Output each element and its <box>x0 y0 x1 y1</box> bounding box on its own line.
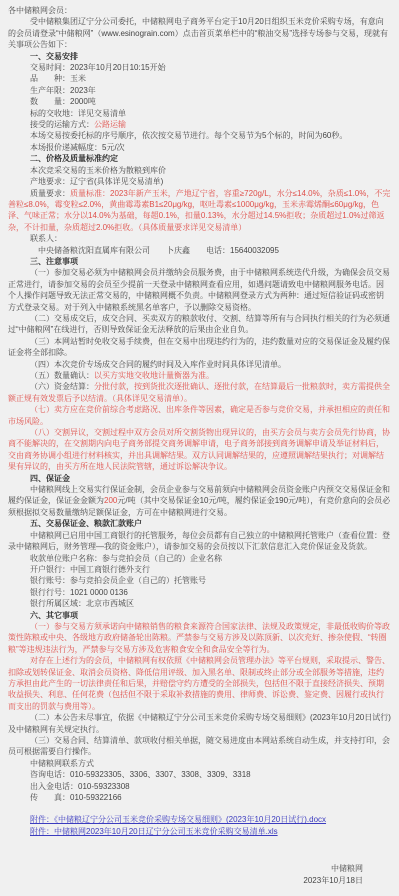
quality-paragraph: 质量要求：质量标准：2023年新产玉米，产地辽宁省，容重≥720g/L，水分≤1… <box>8 188 391 234</box>
signature-org: 中储粮网 <box>8 863 391 874</box>
note-item-5: （五）数量确认：以买方实地交收地计量衡器为准。 <box>8 370 391 381</box>
note-item-6-label: （六）资金结算： <box>30 382 94 391</box>
delivery-place-line: 标的交收地：详见交易清单 <box>30 108 391 119</box>
variety-line: 品 种：玉米 <box>30 73 391 84</box>
deposit-paragraph: 中储粮网线上交易实行保证金制，会员企业参与交易前须向中储粮网会员资金账户内预交交… <box>8 484 391 518</box>
transport-line: 接受的运输方式：公路运输 <box>30 119 391 130</box>
session-rule-line: 本场交易按委托标的序号顺序，依次按交易节进行。每个交易节为5个标的，时间为60秒… <box>30 130 391 141</box>
quantity-line: 数 量：2000吨 <box>30 96 391 107</box>
attachment-list-link[interactable]: 附件：中储粮网2023年10月20日辽宁分公司玉米竞价采购交易清单.xls <box>30 826 391 837</box>
deposit-amount: 200 <box>104 496 117 505</box>
price-note-line: 本次竞采交易的玉米价格为散粮到库价 <box>30 165 391 176</box>
note-item-6: （六）资金结算：分批付款，按到货批次逐批确认、逐批付款，在结算最后一批粮款时，卖… <box>8 381 391 404</box>
spacer <box>8 803 391 814</box>
section-3-title: 三、注意事项 <box>30 256 391 267</box>
signature-date: 2023年10月18日 <box>8 875 391 886</box>
fax-line: 传 真：010-59322166 <box>30 792 391 803</box>
transport-value: 公路运输 <box>94 120 126 129</box>
account-no-line: 银行账号：参与竞拍会员企业（自己的）托管账号 <box>30 575 391 586</box>
bank-code-line: 银行行号：1021 0000 0136 <box>30 587 391 598</box>
section-1-title: 一、交易安排 <box>30 51 391 62</box>
bank-region-line: 银行所属区域：北京市西城区 <box>30 598 391 609</box>
other-item-2: （二）本公告未尽事宜，依据《中储粮辽宁分公司玉米竞价采购专场交易细则》(2023… <box>8 712 391 735</box>
transport-label: 接受的运输方式： <box>30 120 94 129</box>
announcement-document: 各中储粮网会员： 受中储粮集团辽宁分公司委托，中储粮网电子商务平台定于10月20… <box>0 0 399 896</box>
note-item-5-value: 以买方实地交收地计量衡器为准。 <box>94 371 214 380</box>
note-item-7: （七）卖方应在竞价前综合考虑路况、出库条件等因素，确定是否参与竞价交易，并承担相… <box>8 404 391 427</box>
note-item-2: （二）交易成交后，成交合同、买卖双方的粮款收付、交割、结算等所有与合同执行相关的… <box>8 313 391 336</box>
other-item-1b: 对存在上述行为的会员，中储粮网有权依照《中储粮网会员管理办法》等平台规则，采取提… <box>8 655 391 712</box>
spacer <box>8 837 391 863</box>
note-item-1: （一）参加交易必须为中储粮网会员并缴纳会员服务费，由于中储粮网系统迭代升级，为确… <box>8 267 391 313</box>
other-item-1: （一）参与交易方须承诺向中储粮销售的粮食来源符合国家法律、法规及政策规定，非最低… <box>8 621 391 655</box>
contact-person-line: 中央储备粮沈阳直属库有限公司 卜庆鑫 电话：15640032095 <box>38 245 391 256</box>
contact-label-line: 联系人： <box>30 233 391 244</box>
note-item-8: （八）交割异议，交割过程中双方会员对所交割货物出现异议的，由买方会员与卖方会员先… <box>8 427 391 473</box>
bank-line: 开户银行：中国工商银行德外支行 <box>30 564 391 575</box>
quality-label: 质量要求： <box>30 189 70 198</box>
other-item-3: （三）交易合同、结算清单、款项收付相关单据，随交易进度由本网站系统自动生成，并支… <box>8 735 391 758</box>
bank-intro-paragraph: 中储粮网已启用中国工商银行的托管服务，每位会员都有自己独立的中储粮网托管账户（查… <box>8 530 391 553</box>
note-item-4: （四）本次竞价专场成交合同的履约时间及入库作业时间具体详见清单。 <box>8 359 391 370</box>
trade-time-line: 交易时间：2023年10月20日10:15开始 <box>30 62 391 73</box>
section-5-title: 五、交易保证金、粮款汇款账户 <box>30 518 391 529</box>
contact-heading: 中储粮网联系方式 <box>30 758 391 769</box>
section-4-title: 四、保证金 <box>30 473 391 484</box>
price-step-line: 本场报价递减幅度：5元/次 <box>30 142 391 153</box>
production-year-line: 生产年限：2023年 <box>30 85 391 96</box>
section-2-title: 二、价格及质量标准约定 <box>30 153 391 164</box>
intro-paragraph: 受中储粮集团辽宁分公司委托，中储粮网电子商务平台定于10月20日组织玉米竞价采购… <box>8 16 391 50</box>
salutation: 各中储粮网会员： <box>8 5 391 16</box>
fund-phone-line: 出入金电话：010-59323308 <box>30 781 391 792</box>
account-name-line: 收款单位账户名称：参与竞拍会员（自己的）企业名称 <box>30 553 391 564</box>
note-item-5-label: （五）数量确认： <box>30 371 94 380</box>
origin-line: 产地要求：辽宁省(具体详见交易清单) <box>30 176 391 187</box>
note-item-3: （三）本网站暂时免收交易手续费，但在交易中出现违约行为的，违约数量对应的交易保证… <box>8 336 391 359</box>
attachment-rules-link[interactable]: 附件：《中储粮辽宁分公司玉米竞价采购专场交易细则》(2023年10月20日试行)… <box>30 814 391 825</box>
section-6-title: 六、其它事项 <box>30 610 391 621</box>
consult-phone-line: 咨询电话：010-59323305、3306、3307、3308、3309、33… <box>30 769 391 780</box>
